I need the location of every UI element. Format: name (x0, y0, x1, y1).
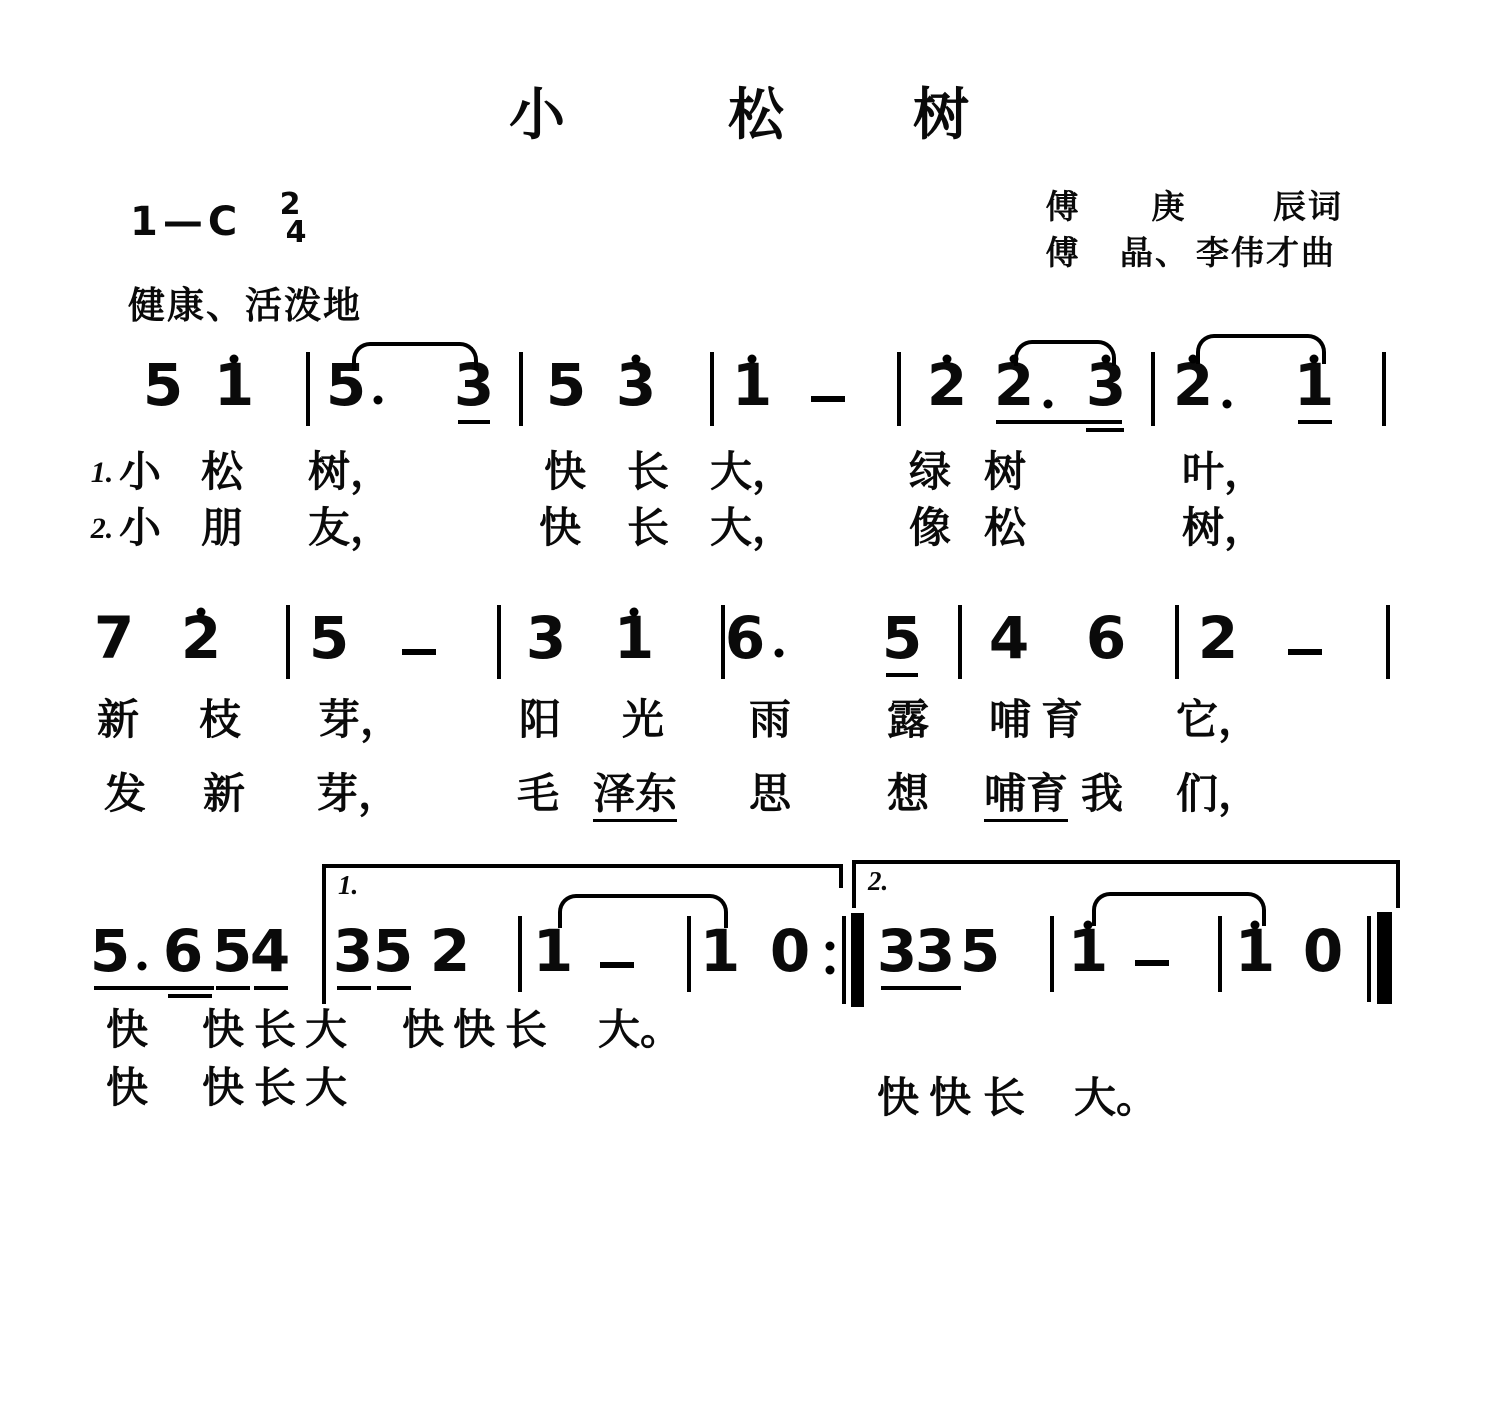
volta-bracket (852, 860, 1400, 908)
lyric-syllable: 露 (887, 700, 929, 742)
note-dot (374, 396, 383, 405)
lyric-syllable: 枝 (199, 700, 241, 742)
note-beam (168, 994, 212, 998)
note-beam (1298, 420, 1332, 424)
sustain-dash (402, 649, 436, 655)
slur (558, 894, 728, 928)
barline (286, 605, 290, 679)
lyric-syllable: 叶， (1182, 452, 1266, 494)
barline (1377, 912, 1392, 1004)
lyric-syllable: 友， (308, 508, 392, 550)
barline (1175, 605, 1179, 679)
lyric-syllable: 想 (887, 774, 929, 816)
lyric-syllable: 长 (505, 1010, 547, 1052)
note-beam (94, 986, 214, 990)
note-digit: 1 (732, 356, 772, 414)
barline (322, 868, 326, 1004)
barline (721, 605, 725, 679)
lyric-syllable: 绿 (909, 452, 951, 494)
verse-number: 1. (91, 458, 114, 488)
sheet-music-page: 小 松 树 1—C 2 4 傅 庚 辰词 傅 晶、 李伟才曲 健康、活泼地 51… (0, 0, 1500, 1423)
lyric-syllable: 大， (710, 508, 794, 550)
title-char: 小 (509, 88, 565, 144)
barline (518, 916, 522, 992)
note-dot (230, 355, 239, 364)
lyric-syllable: 快 (453, 1010, 495, 1052)
note-digit: 5 (143, 356, 183, 414)
note-digit: 5 (546, 356, 586, 414)
lyric-syllable: 长 (983, 1078, 1025, 1120)
note-digit: 1 (1294, 356, 1334, 414)
note-digit: 1 (1235, 922, 1275, 980)
lyric-syllable: 芽， (316, 774, 400, 816)
lyric-syllable: 像 (909, 508, 951, 550)
sustain-dash (600, 962, 634, 968)
barline (710, 352, 714, 426)
note-beam (254, 986, 288, 990)
barline (306, 352, 310, 426)
lyric-syllable: 雨 (749, 700, 791, 742)
note-dot (775, 649, 784, 658)
lyric-syllable: 大 (305, 1010, 347, 1052)
lyric-syllable: 哺 (989, 700, 1031, 742)
lyric-syllable: 阳 (519, 700, 561, 742)
volta-bracket (322, 864, 843, 888)
note-digit: 3 (526, 609, 566, 667)
note-digit: 2 (1173, 356, 1213, 414)
note-beam (881, 986, 961, 990)
note-beam (216, 986, 250, 990)
lyric-syllable: 大 (305, 1068, 347, 1110)
sustain-dash (1288, 649, 1322, 655)
note-digit: 1 (214, 356, 254, 414)
lyric-syllable: 我 (1081, 774, 1123, 816)
lyric-syllable: 树， (308, 452, 392, 494)
lyric-syllable: 新 (203, 774, 245, 816)
lyric-syllable: 小 (119, 508, 161, 550)
note-beam (1086, 428, 1124, 432)
time-signature-denominator: 4 (286, 218, 307, 248)
lyric-syllable: 们， (1176, 774, 1260, 816)
lyric-syllable: 快 (202, 1068, 244, 1110)
slur (1196, 334, 1326, 364)
barline (1382, 352, 1386, 426)
slur (1014, 340, 1116, 366)
note-digit: 5 (960, 922, 1000, 980)
verse-number: 2. (91, 514, 114, 544)
note-digit: 1 (533, 922, 573, 980)
note-digit: 1 (700, 922, 740, 980)
lyric-syllable: 快 (539, 508, 581, 550)
lyric-syllable: 大。 (1074, 1078, 1158, 1120)
sustain-dash (1135, 960, 1169, 966)
lyric-syllable: 芽， (318, 700, 402, 742)
lyric-syllable: 光 (622, 700, 664, 742)
barline (519, 352, 523, 426)
lyric-syllable: 发 (104, 774, 146, 816)
lyric-syllable: 树 (984, 452, 1026, 494)
note-beam (377, 986, 411, 990)
barline (1386, 605, 1390, 679)
volta-label: 2. (868, 868, 888, 895)
note-digit: 4 (989, 609, 1029, 667)
note-digit: 5 (882, 609, 922, 667)
lyric-syllable: 快 (929, 1078, 971, 1120)
composer-credit: 傅 (1046, 238, 1081, 271)
note-digit: 6 (163, 922, 203, 980)
barline (851, 913, 864, 1007)
lyric-syllable: 长 (627, 508, 669, 550)
lyric-syllable: 松 (201, 452, 243, 494)
note-digit: 5 (212, 922, 252, 980)
lyricist-credit: 辰词 (1273, 192, 1343, 225)
tempo-marking: 健康、活泼地 (128, 288, 362, 325)
slur (352, 342, 478, 370)
lyric-syllable: 快 (202, 1010, 244, 1052)
lyric-syllable: 快 (544, 452, 586, 494)
title-char: 松 (728, 88, 784, 144)
note-digit: 2 (927, 356, 967, 414)
note-digit: 3 (877, 922, 917, 980)
composer-credit: 晶、 (1120, 238, 1190, 271)
barline (497, 605, 501, 679)
note-dot (748, 355, 757, 364)
lyric-syllable: 毛 (517, 774, 559, 816)
lyric-syllable: 大， (710, 452, 794, 494)
lyric-syllable: 长 (627, 452, 669, 494)
note-digit: 2 (1198, 609, 1238, 667)
lyric-syllable: 快 (402, 1010, 444, 1052)
lyricist-credit: 傅 (1046, 192, 1081, 225)
note-beam (886, 673, 918, 677)
sustain-dash (811, 396, 845, 402)
barline (1151, 352, 1155, 426)
composer-credit: 李伟才曲 (1196, 238, 1336, 271)
note-digit: 1 (1068, 922, 1108, 980)
lyric-syllable: 思 (749, 774, 791, 816)
lyric-syllable: 快 (106, 1068, 148, 1110)
note-dot (630, 608, 639, 617)
note-beam (337, 986, 371, 990)
lyric-syllable: 育 (1041, 700, 1083, 742)
note-digit: 6 (1086, 609, 1126, 667)
lyric-syllable: 它， (1176, 700, 1260, 742)
note-digit: 7 (94, 609, 134, 667)
note-digit: 5 (373, 922, 413, 980)
lyric-syllable: 快 (106, 1010, 148, 1052)
note-beam (996, 420, 1122, 424)
lyric-syllable: 长 (254, 1010, 296, 1052)
note-digit: 0 (770, 922, 810, 980)
barline (1367, 916, 1371, 1002)
note-digit: 1 (614, 609, 654, 667)
volta-label: 1. (338, 872, 358, 899)
lyric-syllable: 松 (984, 508, 1026, 550)
note-digit: 5 (90, 922, 130, 980)
note-digit: 4 (250, 922, 290, 980)
note-dot (943, 355, 952, 364)
barline (1050, 916, 1054, 992)
lyric-syllable: 泽东 (593, 774, 677, 822)
note-digit: 6 (725, 609, 765, 667)
note-dot (1044, 400, 1053, 409)
lyricist-credit: 庚 (1152, 192, 1187, 225)
lyric-syllable: 长 (254, 1068, 296, 1110)
lyric-syllable: 朋 (201, 508, 243, 550)
lyric-syllable: 树， (1182, 508, 1266, 550)
barline (1218, 916, 1222, 992)
note-beam (458, 420, 490, 424)
lyric-syllable: 大。 (598, 1010, 682, 1052)
note-digit: 3 (915, 922, 955, 980)
note-digit: 3 (616, 356, 656, 414)
note-digit: 3 (333, 922, 373, 980)
barline (842, 916, 846, 1004)
lyric-syllable: 哺育 (984, 774, 1068, 822)
note-digit: 2 (181, 609, 221, 667)
lyric-syllable: 新 (97, 700, 139, 742)
title-char: 树 (913, 88, 969, 144)
key-signature: 1—C (130, 202, 242, 242)
barline (958, 605, 962, 679)
note-dot (826, 966, 835, 975)
lyric-syllable: 小 (119, 452, 161, 494)
note-digit: 5 (309, 609, 349, 667)
note-dot (1223, 400, 1232, 409)
note-digit: 0 (1303, 922, 1343, 980)
note-digit: 2 (430, 922, 470, 980)
note-dot (632, 355, 641, 364)
barline (897, 352, 901, 426)
lyric-syllable: 快 (877, 1078, 919, 1120)
note-dot (826, 942, 835, 951)
note-dot (197, 608, 206, 617)
note-dot (138, 962, 147, 971)
